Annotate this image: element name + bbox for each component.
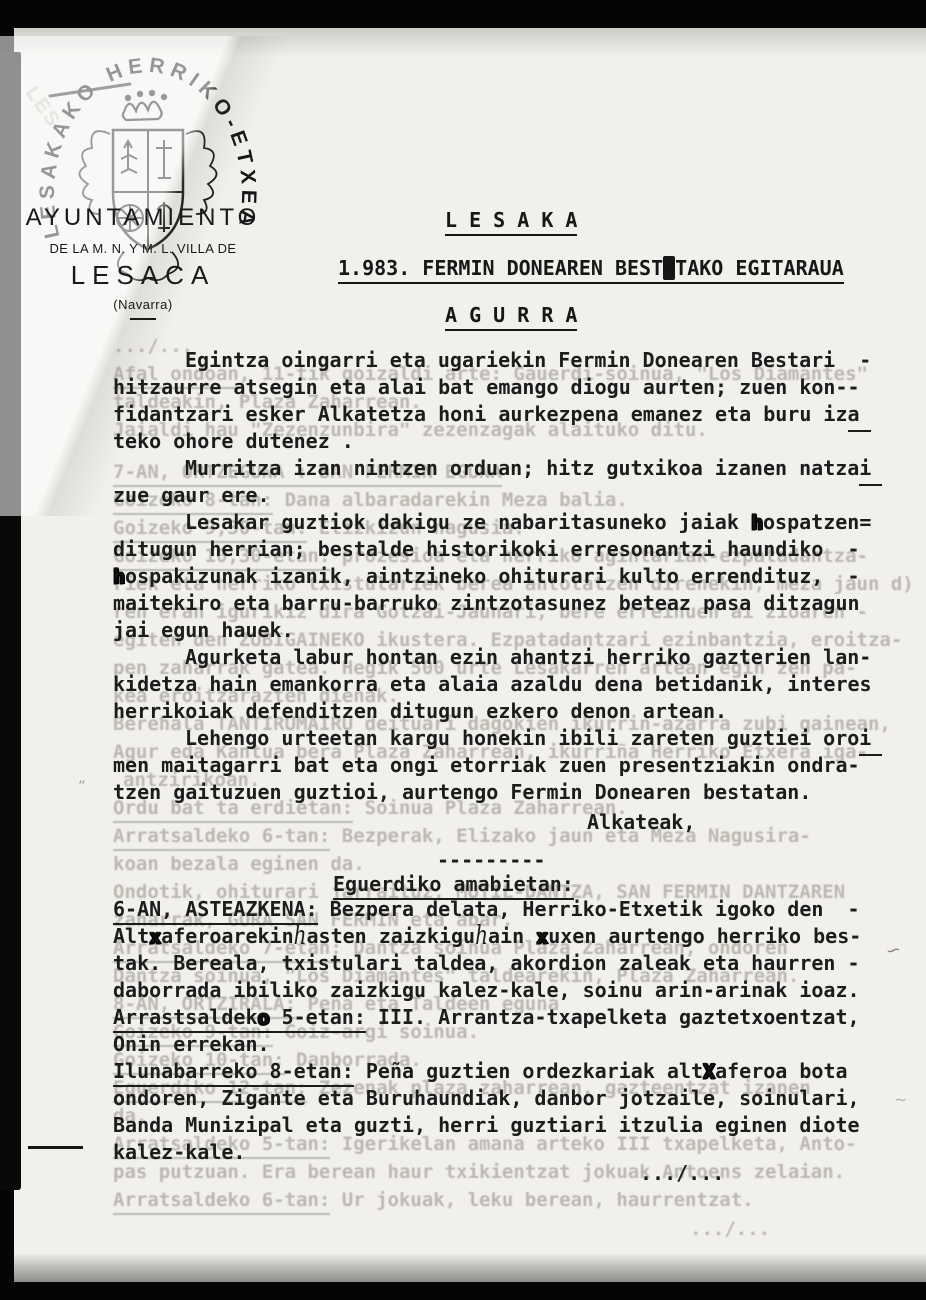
text-segment: men maitagarri bat eta ongi etorriak zue… [113, 753, 860, 777]
document-line: .../... [640, 1163, 724, 1183]
text-segment: herrikoiak defenditzen ditugun ezkero de… [113, 699, 727, 723]
document-line: herrikoiak defenditzen ditugun ezkero de… [113, 701, 727, 721]
overstrike-correction: h [113, 564, 125, 588]
text-segment: hitzaurre atsegin eta alai bat emango di… [113, 375, 860, 399]
right-margin-squiggle: ~ [894, 1090, 907, 1109]
document-line: --------- [437, 850, 545, 870]
text-segment: ospatzen= [763, 510, 871, 534]
text-segment: tzen gaituzuen guztioi, aurtengo Fermin … [113, 780, 811, 804]
overstrike-correction: x [536, 924, 548, 948]
text-segment: Eguerdiko amabietan: [333, 872, 574, 900]
text-segment: kalez-kale. [113, 1140, 245, 1164]
document-line: 6-AN, ASTEAZKENA: Bezpera delata, Herrik… [113, 899, 860, 919]
overstrike-correction: o [258, 1005, 270, 1033]
text-segment: kidetza hain emankorra eta alaia azaldu … [113, 672, 872, 696]
text-segment: i [859, 726, 882, 756]
text-segment: --------- [437, 848, 545, 872]
pen-inserted-letter: h [294, 922, 307, 948]
text-segment: Onin errekan. [113, 1032, 270, 1056]
document-line: tak. Bereala, txistulari taldea, akordio… [113, 953, 860, 973]
left-margin-mark: „ [78, 768, 86, 786]
document-line: Banda Munizipal eta guzti, herri guztiar… [113, 1115, 860, 1135]
document-line: daborrada ibiliko zaizkigu kalez-kale, s… [113, 980, 860, 1000]
document-line: ditugun herrian; bestalde historikoki er… [113, 539, 860, 559]
document-line: fidantzari esker Alkatetza honi aurkezpe… [113, 404, 871, 424]
text-segment: jai egun hauek. [113, 618, 294, 642]
text-segment: Alkateak, [587, 810, 695, 834]
text-segment: .../... [640, 1161, 724, 1185]
scanned-document-page: .../...Afal ondoan, 11-tik goizaldi arte… [0, 0, 926, 1300]
text-segment: Lehengo urteetan kargu honekin ibili zar… [185, 726, 859, 750]
text-segment: Agurketa labur hontan ezin ahantzi herri… [185, 645, 871, 669]
text-segment: ain [488, 924, 536, 948]
text-segment: ospakizunak izanik, aintzineko ohiturari… [125, 564, 860, 588]
document-line: hitzaurre atsegin eta alai bat emango di… [113, 377, 860, 397]
document-line: tzen gaituzuen guztioi, aurtengo Fermin … [113, 782, 811, 802]
document-line: maitekiro eta barru-barruko zintzotasune… [113, 593, 860, 613]
document-line: Eguerdiko amabietan: [333, 874, 574, 894]
document-line: kalez-kale. [113, 1142, 245, 1162]
document-line: zue gaur ere. [113, 485, 270, 505]
document-line: Lehengo urteetan kargu honekin ibili zar… [185, 728, 882, 748]
text-segment: uxen aurtengo herriko bes- [548, 924, 861, 948]
text-segment: aferoarekin [161, 924, 293, 948]
typewritten-text-layer: Egintza oingarri eta ugariekin Fermin Do… [0, 0, 926, 1300]
document-line: Altxaferoarekinhasten zaizkiguhain xuxen… [113, 926, 861, 946]
text-segment: maitekiro eta barru-barruko zintzotasune… [113, 591, 860, 615]
text-segment: daborrada ibiliko zaizkigu kalez-kale, s… [113, 978, 860, 1002]
document-line: hospakizunak izanik, aintzineko ohiturar… [113, 566, 860, 586]
document-line: Agurketa labur hontan ezin ahantzi herri… [185, 647, 871, 667]
document-line: Egintza oingarri eta ugariekin Fermin Do… [185, 350, 871, 370]
overstrike-correction: X [703, 1059, 715, 1083]
text-segment: ondoren, Zigante eta Buruhaundiak, danbo… [113, 1086, 860, 1110]
document-line: Ilunabarreko 8-etan: Peña guztien ordezk… [113, 1061, 848, 1081]
text-segment: aferoa bota [715, 1059, 847, 1083]
document-line: ondoren, Zigante eta Buruhaundiak, danbo… [113, 1088, 860, 1108]
document-line: Onin errekan. [113, 1034, 270, 1054]
document-line: Arrastsaldeko 5-etan: III. Arrantza-txap… [113, 1007, 860, 1027]
text-segment: tak. Bereala, txistulari taldea, akordio… [113, 951, 860, 975]
text-segment: Peña guztien ordezkariak alt [354, 1059, 703, 1083]
document-line: kidetza hain emankorra eta alaia azaldu … [113, 674, 872, 694]
text-segment: Bezpera delata, Herriko-Etxetik igoko de… [318, 897, 860, 921]
text-segment: 5-etan: [270, 1005, 366, 1033]
text-segment: Murritza izan nintzen orduan; hitz gutxi… [185, 456, 859, 480]
document-line: men maitagarri bat eta ongi etorriak zue… [113, 755, 860, 775]
text-segment: a [848, 402, 871, 432]
text-segment: 6-AN, ASTEAZKENA: [113, 897, 318, 925]
text-segment: Alt [113, 924, 149, 948]
text-segment: Banda Munizipal eta guzti, herri guztiar… [113, 1113, 860, 1137]
pen-inserted-letter: h [475, 922, 488, 948]
text-segment: Egintza oingarri eta ugariekin Fermin Do… [185, 348, 871, 372]
text-segment: fidantzari esker Alkatetza honi aurkezpe… [113, 402, 848, 426]
text-segment: Ilunabarreko 8-etan: [113, 1059, 354, 1087]
document-line: jai egun hauek. [113, 620, 294, 640]
text-segment: ditugun herrian; bestalde historikoki er… [113, 537, 860, 561]
text-segment: i [859, 456, 882, 486]
overstrike-correction: h [751, 510, 763, 534]
document-line: Lesakar guztiok dakigu ze nabaritasuneko… [185, 512, 871, 532]
overstrike-correction: x [149, 924, 161, 948]
text-segment: asten zaizkigu [307, 924, 476, 948]
document-line: Murritza izan nintzen orduan; hitz gutxi… [185, 458, 882, 478]
text-segment: Arrastsaldek [113, 1005, 258, 1033]
text-segment: zue gaur ere. [113, 483, 270, 507]
document-line: teko ohore dutenez . [113, 431, 354, 451]
text-segment: Lesakar guztiok dakigu ze nabaritasuneko… [185, 510, 751, 534]
document-line: Alkateak, [587, 812, 695, 832]
text-segment: III. Arrantza-txapelketa gaztetxoentzat, [366, 1005, 860, 1029]
text-segment: teko ohore dutenez . [113, 429, 354, 453]
left-margin-pen-line [28, 1146, 83, 1149]
